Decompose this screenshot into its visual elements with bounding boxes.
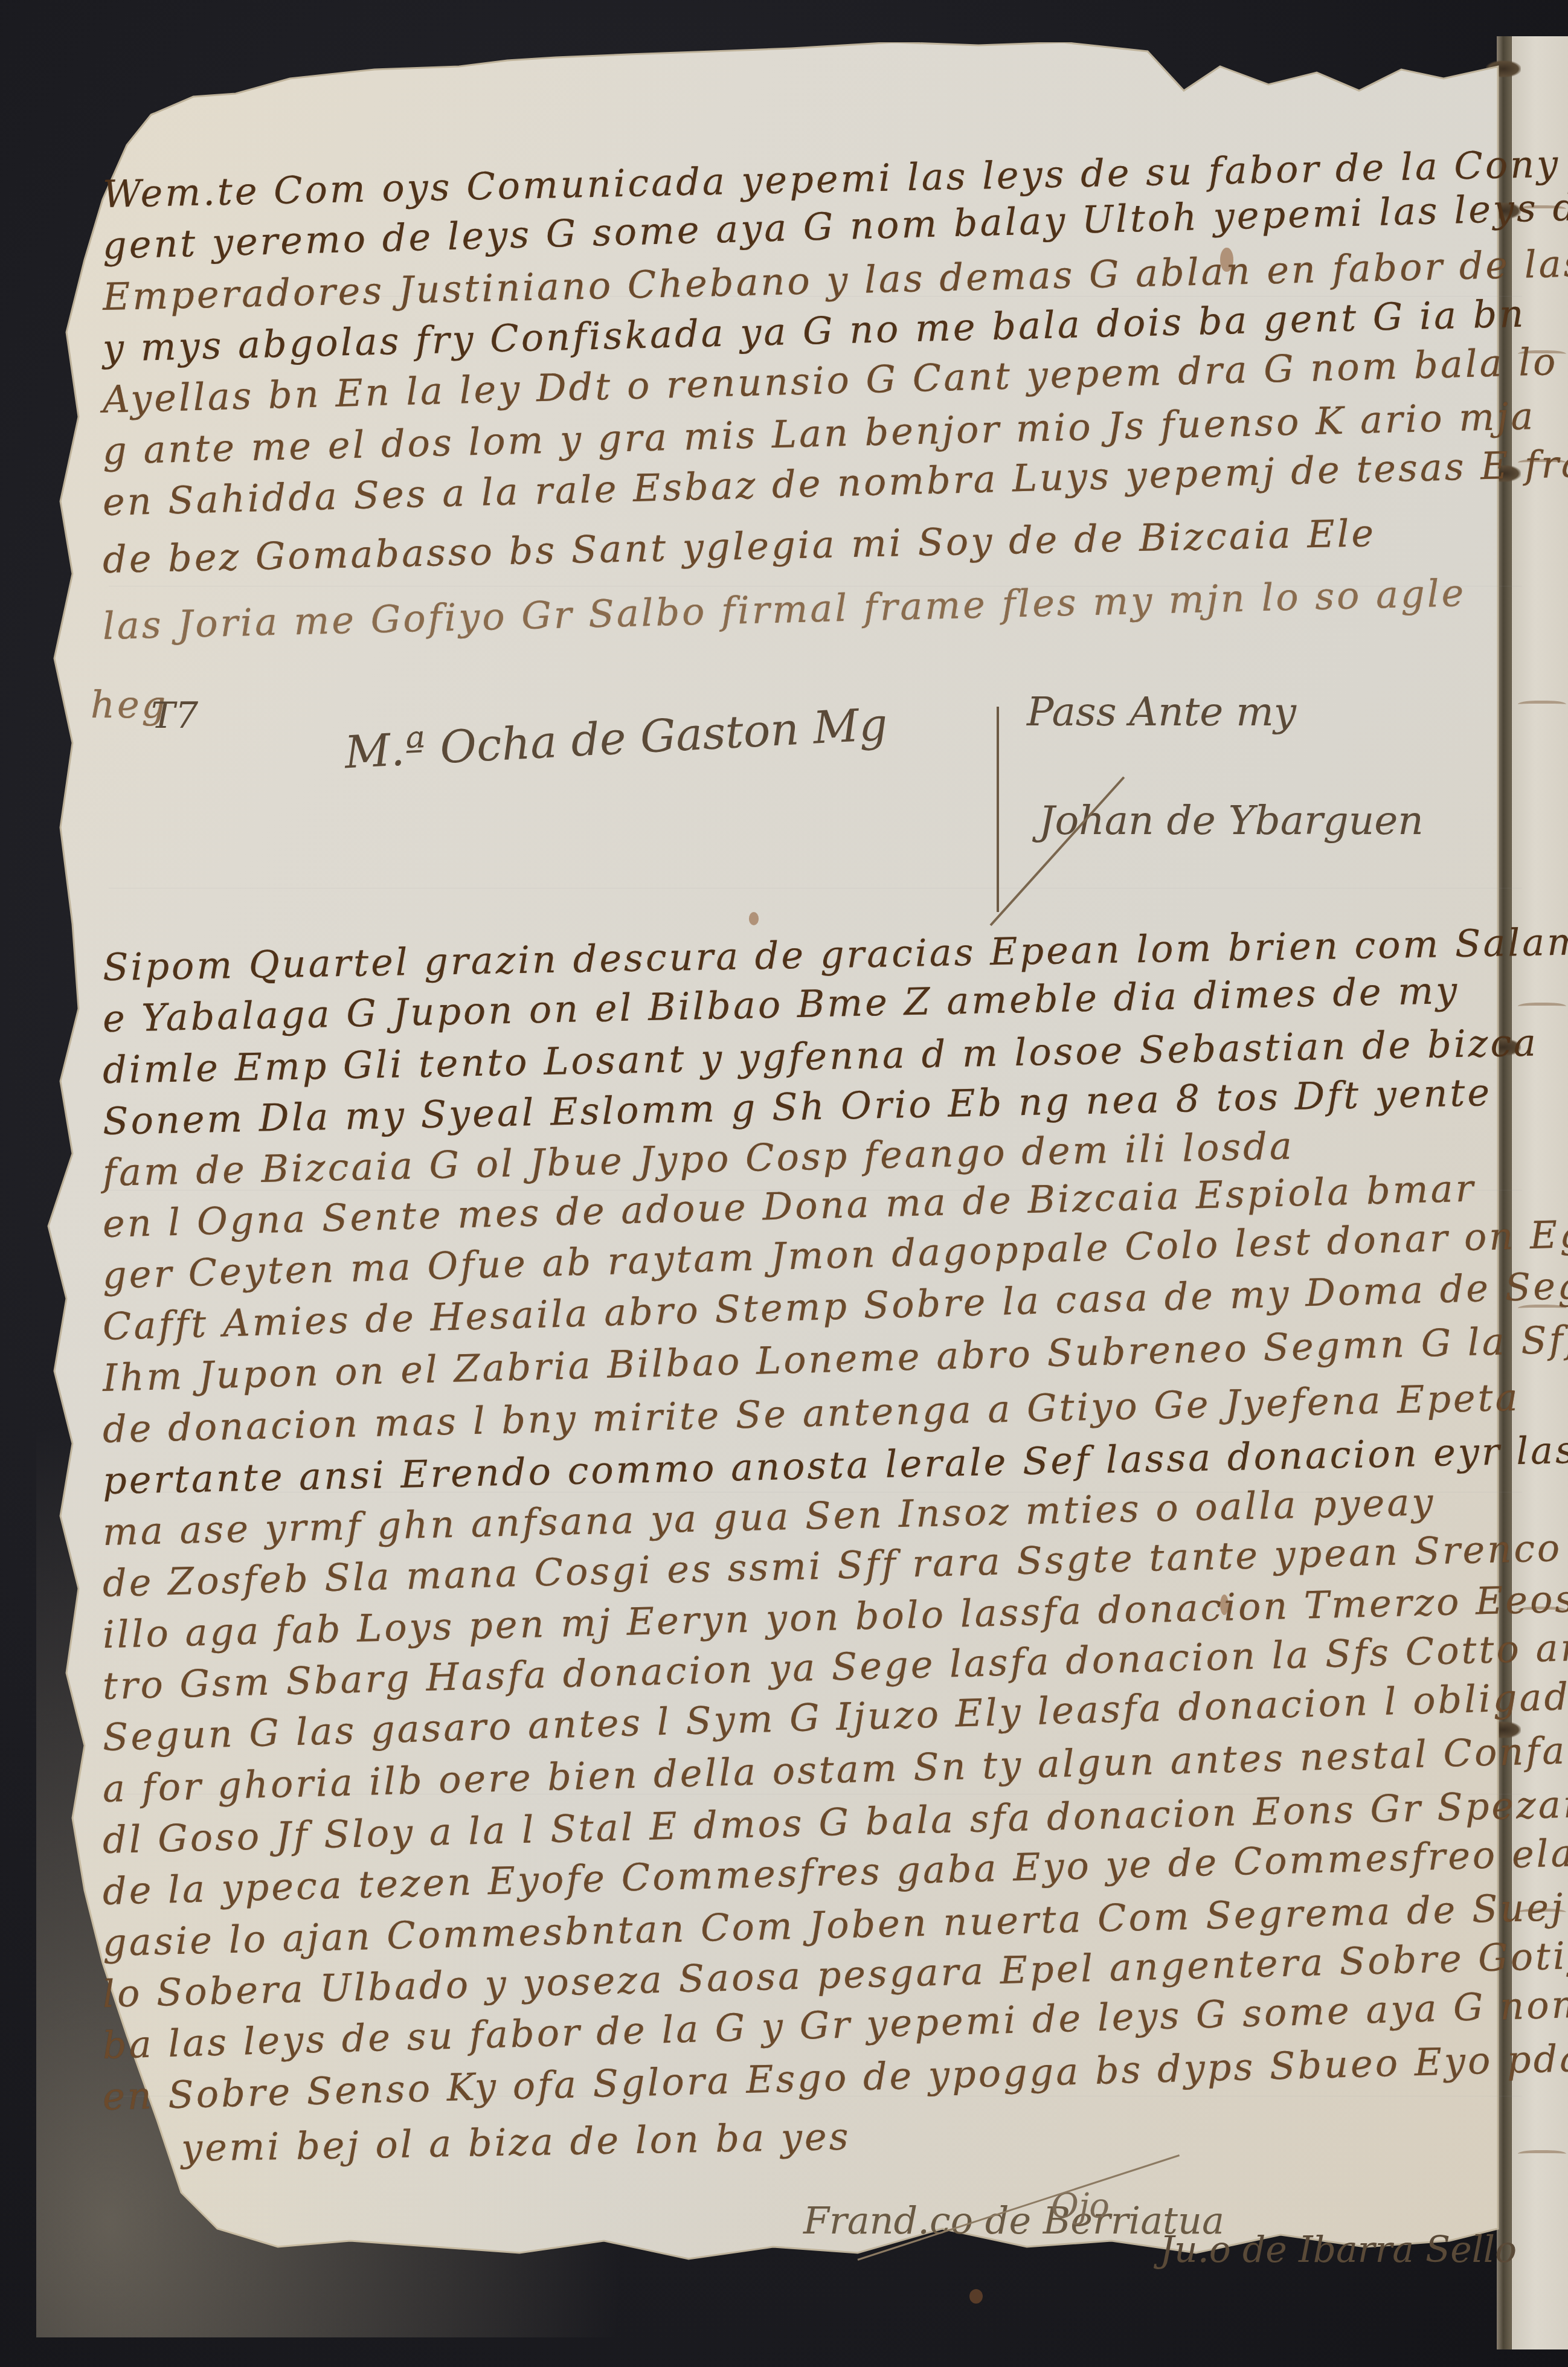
signature-notary: Johan de Ybarguen	[1039, 797, 1424, 844]
notary-mark-left: T7	[151, 695, 198, 737]
paper-chain-line	[109, 888, 1522, 888]
signature-rubric-line	[997, 707, 999, 912]
marginal-mark: Ojo	[1051, 2186, 1110, 2226]
signature-pass-ante-my: Pass Ante my	[1027, 689, 1296, 735]
ink-stain	[749, 912, 759, 925]
signature-notary-bottom: Ju.o de Ibarra Sello	[1160, 2229, 1517, 2271]
ink-stain	[969, 2289, 983, 2304]
